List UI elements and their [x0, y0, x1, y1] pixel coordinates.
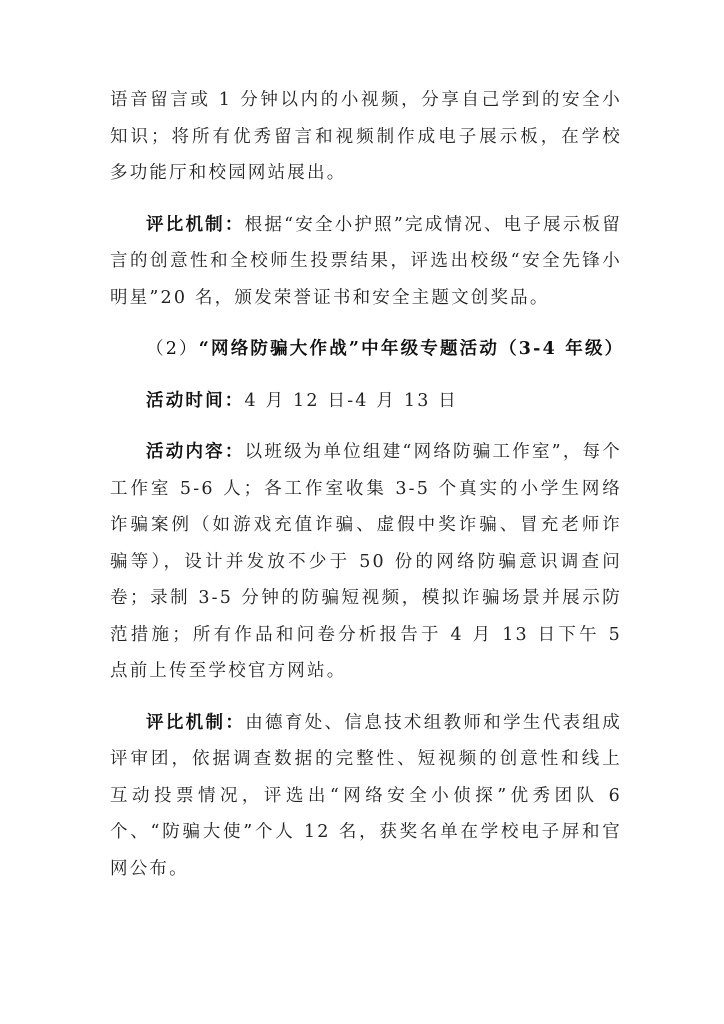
activity-time-text: 4 月 12 日-4 月 13 日	[245, 391, 459, 411]
activity-time-label: 活动时间：	[146, 391, 245, 411]
section-title: “网络防骗大作战”中年级专题活动（3-4 年级）	[199, 339, 625, 359]
paragraph-activity-time: 活动时间：4 月 12 日-4 月 13 日	[110, 383, 622, 420]
paragraph-intro-tail: 语音留言或 1 分钟以内的小视频，分享自己学到的安全小知识；将所有优秀留言和视频…	[110, 82, 622, 192]
evaluation-label: 评比机制：	[146, 215, 245, 235]
paragraph-evaluation-1: 评比机制：根据“安全小护照”完成情况、电子展示板留言的创意性和全校师生投票结果，…	[110, 207, 622, 317]
paragraph-text: 语音留言或 1 分钟以内的小视频，分享自己学到的安全小知识；将所有优秀留言和视频…	[110, 90, 622, 183]
activity-content-label: 活动内容：	[146, 442, 245, 462]
evaluation-text: 由德育处、信息技术组教师和学生代表组成评审团，依据调查数据的完整性、短视频的创意…	[110, 713, 622, 879]
document-page: 语音留言或 1 分钟以内的小视频，分享自己学到的安全小知识；将所有优秀留言和视频…	[110, 82, 622, 902]
paragraph-evaluation-2: 评比机制：由德育处、信息技术组教师和学生代表组成评审团，依据调查数据的完整性、短…	[110, 705, 622, 888]
paragraph-activity-content: 活动内容：以班级为单位组建“网络防骗工作室”，每个工作室 5-6 人；各工作室收…	[110, 434, 622, 690]
section-number: （2）	[146, 339, 199, 359]
evaluation-label: 评比机制：	[146, 713, 245, 733]
section-heading: （2）“网络防骗大作战”中年级专题活动（3-4 年级）	[110, 331, 622, 368]
activity-content-text: 以班级为单位组建“网络防骗工作室”，每个工作室 5-6 人；各工作室收集 3-5…	[110, 442, 622, 681]
